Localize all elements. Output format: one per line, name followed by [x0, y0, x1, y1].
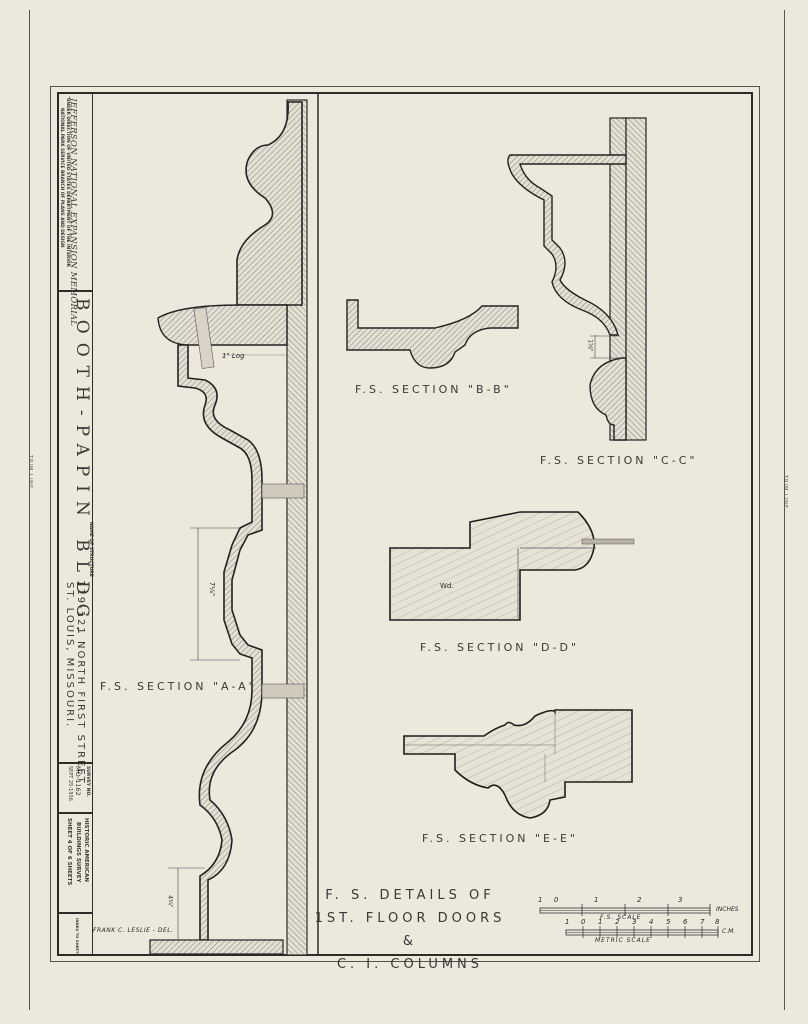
section-c-c-label: F.S. SECTION "C-C" [540, 454, 697, 467]
dimension-4-quarter: 4¼" [167, 895, 174, 907]
section-a-a [150, 100, 307, 955]
fs-scale-unit: INCHES [716, 906, 739, 913]
delineator: FRANK C. LESLIE - DEL. [93, 927, 174, 934]
dimension-1-5-8: 1⅝" [587, 339, 594, 351]
section-c-c [508, 118, 646, 440]
drawing-title-line-2: 1ST. FLOOR DOORS & [310, 907, 510, 953]
section-d-d-label: F.S. SECTION "D-D" [420, 641, 579, 654]
drawing-title-line-1: F. S. DETAILS OF [310, 884, 510, 907]
wood-annotation: Wd. [440, 582, 454, 590]
log-annotation: 1" Log [222, 352, 245, 360]
section-b-b [347, 300, 518, 368]
drawing-title-line-3: C. I. COLUMNS [310, 953, 510, 976]
section-d-d [390, 512, 634, 620]
section-e-e [404, 710, 632, 818]
metric-scale-label: METRIC SCALE [595, 937, 651, 944]
metric-scale-unit: C.M. [722, 928, 735, 935]
drawing-sheet: TRIM LINE TRIM LINE JEFFERSON NATIONAL E… [0, 0, 808, 1024]
drawing-title: F. S. DETAILS OF 1ST. FLOOR DOORS & C. I… [310, 884, 510, 976]
section-a-a-label: F.S. SECTION "A-A" [100, 680, 257, 693]
section-e-e-label: F.S. SECTION "E-E" [422, 832, 578, 845]
section-b-b-label: F.S. SECTION "B-B" [355, 383, 512, 396]
section-drawings [0, 0, 808, 1024]
dimension-7-quarter: 7¼" [208, 582, 216, 596]
